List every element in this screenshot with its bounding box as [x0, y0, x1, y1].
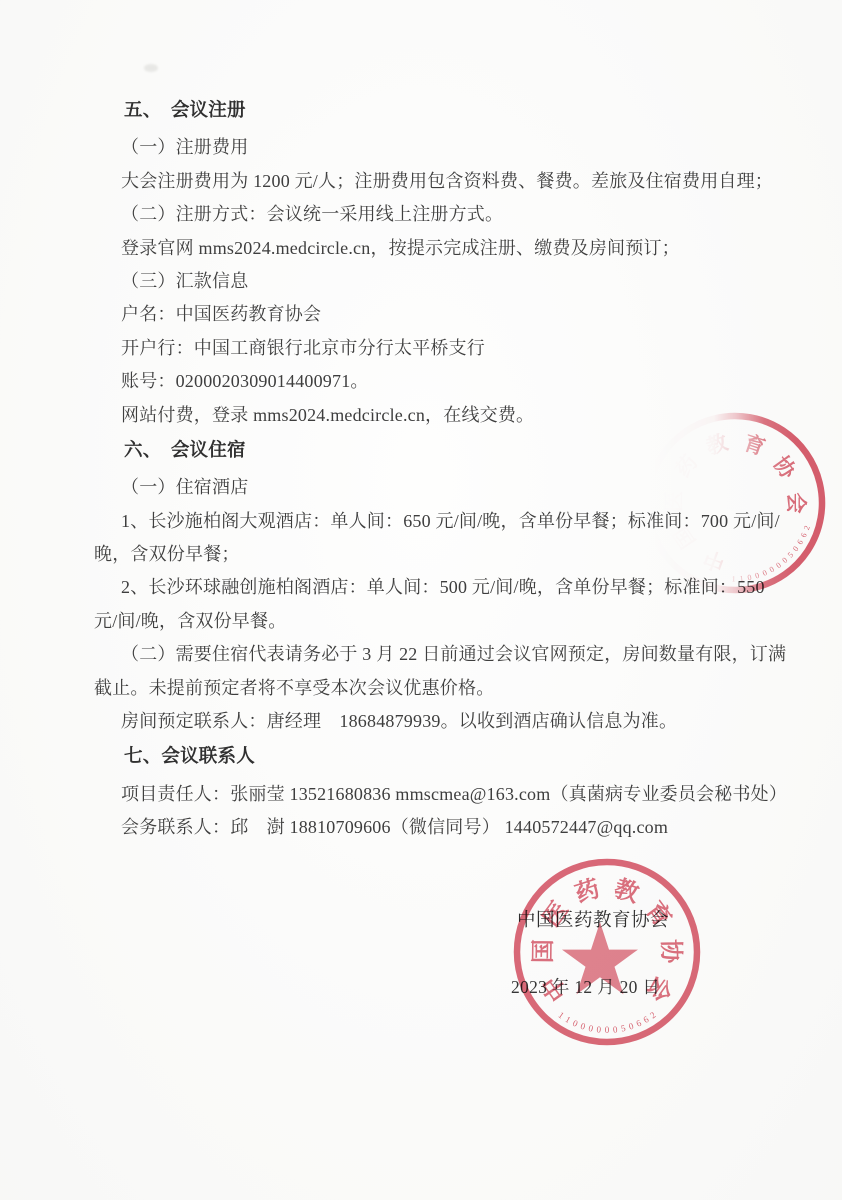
svg-text:协: 协 [769, 452, 801, 484]
svg-text:0: 0 [612, 1024, 618, 1034]
svg-text:0: 0 [780, 556, 789, 565]
text-line: 项目责任人：张丽莹 13521680836 mmscmea@163.com（真菌… [94, 778, 766, 811]
svg-text:0: 0 [571, 1018, 580, 1029]
svg-text:2: 2 [648, 1010, 658, 1021]
text-line: 账号：0200020309014400971。 [94, 365, 766, 398]
text-line: 房间预定联系人：唐经理 18684879939。以收到酒店确认信息为准。 [94, 705, 766, 738]
text-line: 登录官网 mms2024.medcircle.cn，按提示完成注册、缴费及房间预… [94, 232, 766, 265]
svg-text:6: 6 [635, 1018, 644, 1029]
section-heading: 七、会议联系人 [94, 741, 766, 774]
svg-text:0: 0 [627, 1021, 635, 1032]
svg-text:0: 0 [768, 565, 776, 575]
text-line: 会务联系人：邱 澍 18810709606（微信同号） 1440572447@q… [94, 811, 766, 844]
text-line: 2、长沙环球融创施柏阁酒店：单人间：500 元/间/晚，含单份早餐；标准间：55… [94, 571, 766, 604]
signature-org-name: 中国医药教育协会 [517, 906, 669, 932]
svg-text:协: 协 [657, 939, 684, 964]
text-line: 1、长沙施柏阁大观酒店：单人间：650 元/间/晚，含单份早餐；标准间：700 … [94, 505, 766, 538]
svg-text:会: 会 [784, 493, 808, 514]
svg-text:6: 6 [642, 1014, 651, 1025]
text-line: 开户行：中国工商银行北京市分行太平桥支行 [94, 332, 766, 365]
svg-text:0: 0 [774, 560, 782, 570]
text-line: （三）汇款信息 [94, 265, 766, 298]
svg-text:教: 教 [611, 875, 643, 908]
svg-text:1: 1 [564, 1014, 573, 1025]
svg-text:2: 2 [802, 524, 812, 531]
document-page: 五、 会议注册（一）注册费用大会注册费用为 1200 元/人；注册费用包含资料费… [0, 0, 842, 1200]
paper-smudge [144, 64, 158, 72]
text-line: （一）住宿酒店 [94, 471, 766, 504]
text-line: （一）注册费用 [94, 131, 766, 164]
text-line: 截止。未提前预定者将不享受本次会议优惠价格。 [94, 672, 766, 705]
svg-text:药: 药 [572, 875, 603, 908]
section-heading: 六、 会议住宿 [94, 435, 766, 468]
text-line: （二）需要住宿代表请务必于 3 月 22 日前通过会议官网预定，房间数量有限，订… [94, 638, 766, 671]
official-seal: 中国医药教育协会1100000050662 [517, 862, 697, 1042]
svg-text:5: 5 [620, 1023, 627, 1034]
svg-text:国: 国 [530, 939, 557, 963]
svg-text:6: 6 [795, 538, 805, 546]
svg-text:0: 0 [605, 1025, 610, 1035]
text-line: 网站付费，登录 mms2024.medcircle.cn，在线交费。 [94, 399, 766, 432]
text-line: 大会注册费用为 1200 元/人；注册费用包含资料费、餐费。差旅及住宿费用自理； [94, 165, 766, 198]
svg-text:0: 0 [579, 1021, 587, 1032]
text-line: 元/间/晚，含双份早餐。 [94, 605, 766, 638]
svg-text:0: 0 [588, 1023, 595, 1034]
text-line: 户名：中国医药教育协会 [94, 298, 766, 331]
svg-text:6: 6 [799, 531, 809, 538]
svg-text:1: 1 [556, 1010, 566, 1021]
svg-text:5: 5 [786, 550, 795, 559]
svg-text:0: 0 [596, 1024, 602, 1034]
document-body: 五、 会议注册（一）注册费用大会注册费用为 1200 元/人；注册费用包含资料费… [94, 92, 766, 845]
signature-date: 2023 年 12 月 20 日 [511, 974, 660, 999]
text-line: （二）注册方式：会议统一采用线上注册方式。 [94, 198, 766, 231]
section-heading: 五、 会议注册 [94, 95, 766, 128]
text-line: 晚，含双份早餐； [94, 538, 766, 571]
svg-text:0: 0 [791, 544, 801, 553]
